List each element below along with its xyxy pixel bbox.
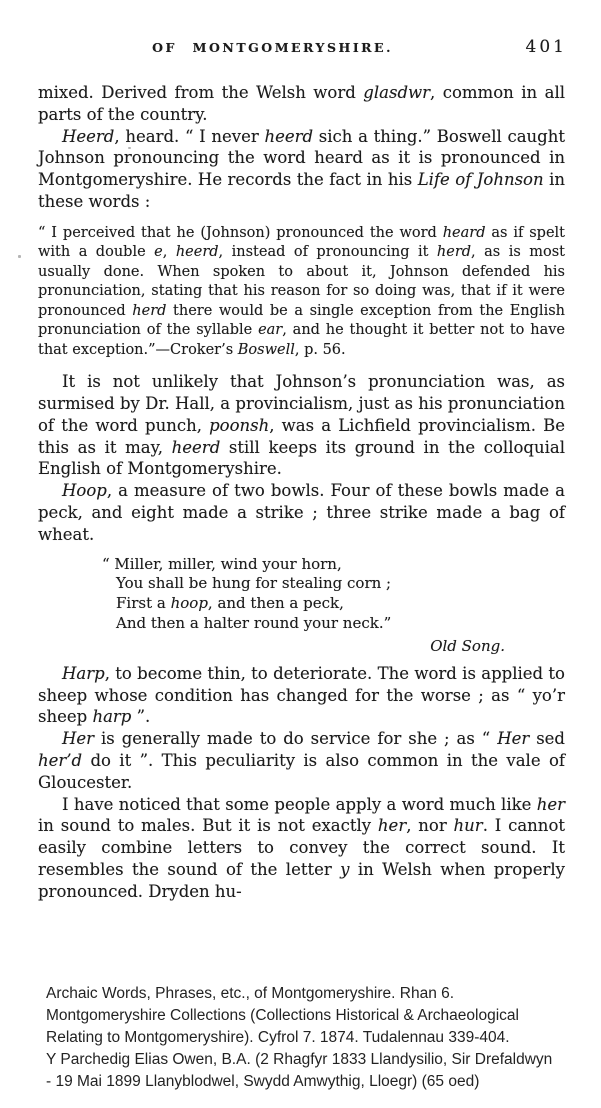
text-run: do it ”. This peculiarity is also common… bbox=[38, 751, 565, 792]
text-run: And then a halter round your neck.” bbox=[116, 614, 391, 632]
paragraph: I have noticed that some people apply a … bbox=[38, 794, 565, 903]
paragraph: Heerd, heard. “ I never heerd sich a thi… bbox=[38, 126, 565, 213]
italic-text: heerd bbox=[176, 244, 219, 260]
blockquote: “ I perceived that he (Johnson) pronounc… bbox=[38, 224, 565, 361]
text-run: , instead of pronouncing it bbox=[219, 244, 437, 260]
italic-text: heerd bbox=[172, 438, 221, 457]
verse-line: And then a halter round your neck.” bbox=[116, 614, 565, 634]
text-run: , p. 56. bbox=[295, 342, 346, 358]
text-run: “ I perceived that he (Johnson) pronounc… bbox=[38, 225, 443, 241]
scan-speck bbox=[128, 147, 131, 149]
text-run: ”. bbox=[131, 707, 150, 726]
italic-text: harp bbox=[92, 707, 131, 726]
italic-text: Heerd bbox=[62, 127, 114, 146]
text-run: in sound to males. But it is not exactly bbox=[38, 816, 378, 835]
running-header-title: OF MONTGOMERYSHIRE. bbox=[38, 40, 507, 55]
citation-line: Montgomeryshire Collections (Collections… bbox=[46, 1005, 591, 1027]
paragraph: It is not unlikely that Johnson’s pronun… bbox=[38, 371, 565, 480]
citation-line: - 19 Mai 1899 Llanyblodwel, Swydd Amwyth… bbox=[46, 1071, 591, 1093]
italic-text: Old Song. bbox=[430, 637, 505, 655]
text-run: “ Miller, miller, wind your horn, bbox=[102, 555, 342, 573]
italic-text: heerd bbox=[264, 127, 313, 146]
page-number: 401 bbox=[526, 37, 567, 57]
italic-text: Boswell bbox=[238, 342, 295, 358]
text-run: mixed. Derived from the Welsh word bbox=[38, 83, 363, 102]
paragraph: Her is generally made to do service for … bbox=[38, 728, 565, 793]
verse-block: “ Miller, miller, wind your horn,You sha… bbox=[116, 555, 565, 634]
italic-text: Harp bbox=[62, 664, 105, 683]
text-run: , a measure of two bowls. Four of these … bbox=[38, 481, 565, 544]
paragraph: Hoop, a measure of two bowls. Four of th… bbox=[38, 480, 565, 545]
paragraph: mixed. Derived from the Welsh word glasd… bbox=[38, 82, 565, 126]
verse-line: You shall be hung for stealing corn ; bbox=[116, 574, 565, 594]
text-run: , and then a peck, bbox=[208, 594, 344, 612]
italic-text: ear bbox=[258, 322, 282, 338]
italic-text: her bbox=[537, 795, 565, 814]
citation-line: Archaic Words, Phrases, etc., of Montgom… bbox=[46, 983, 591, 1005]
italic-text: herd bbox=[132, 303, 166, 319]
text-run: First a bbox=[116, 594, 171, 612]
verse-line: “ Miller, miller, wind your horn, bbox=[116, 555, 565, 575]
text-run: You shall be hung for stealing corn ; bbox=[116, 574, 391, 592]
italic-text: hoop bbox=[171, 594, 208, 612]
paragraph: Harp, to become thin, to deteriorate. Th… bbox=[38, 663, 565, 728]
italic-text: her’d bbox=[38, 751, 82, 770]
italic-text: e bbox=[154, 244, 163, 260]
scan-speck bbox=[18, 255, 21, 258]
citation-line: Relating to Montgomeryshire). Cyfrol 7. … bbox=[46, 1027, 591, 1049]
text-run: , nor bbox=[406, 816, 453, 835]
italic-text: Hoop bbox=[62, 481, 107, 500]
citation-footer: Archaic Words, Phrases, etc., of Montgom… bbox=[46, 983, 591, 1093]
italic-text: Life of Johnson bbox=[418, 170, 544, 189]
song-attribution: Old Song. bbox=[38, 637, 565, 656]
text-run: , heard. “ I never bbox=[114, 127, 264, 146]
italic-text: Her bbox=[497, 729, 529, 748]
text-run: is generally made to do service for she … bbox=[94, 729, 497, 748]
text-run: sed bbox=[529, 729, 565, 748]
italic-text: Her bbox=[62, 729, 94, 748]
page-header: OF MONTGOMERYSHIRE. 401 bbox=[38, 40, 567, 62]
italic-text: poonsh bbox=[209, 416, 269, 435]
text-run: I have noticed that some people apply a … bbox=[62, 795, 537, 814]
italic-text: heard bbox=[443, 225, 486, 241]
verse-line: First a hoop, and then a peck, bbox=[116, 594, 565, 614]
citation-line: Y Parchedig Elias Owen, B.A. (2 Rhagfyr … bbox=[46, 1049, 591, 1071]
page-body: mixed. Derived from the Welsh word glasd… bbox=[38, 82, 565, 903]
text-run: , bbox=[163, 244, 176, 260]
book-page: OF MONTGOMERYSHIRE. 401 mixed. Derived f… bbox=[0, 0, 601, 1108]
italic-text: herd bbox=[437, 244, 471, 260]
italic-text: glasdwr bbox=[363, 83, 430, 102]
italic-text: her bbox=[378, 816, 406, 835]
italic-text: hur bbox=[454, 816, 483, 835]
